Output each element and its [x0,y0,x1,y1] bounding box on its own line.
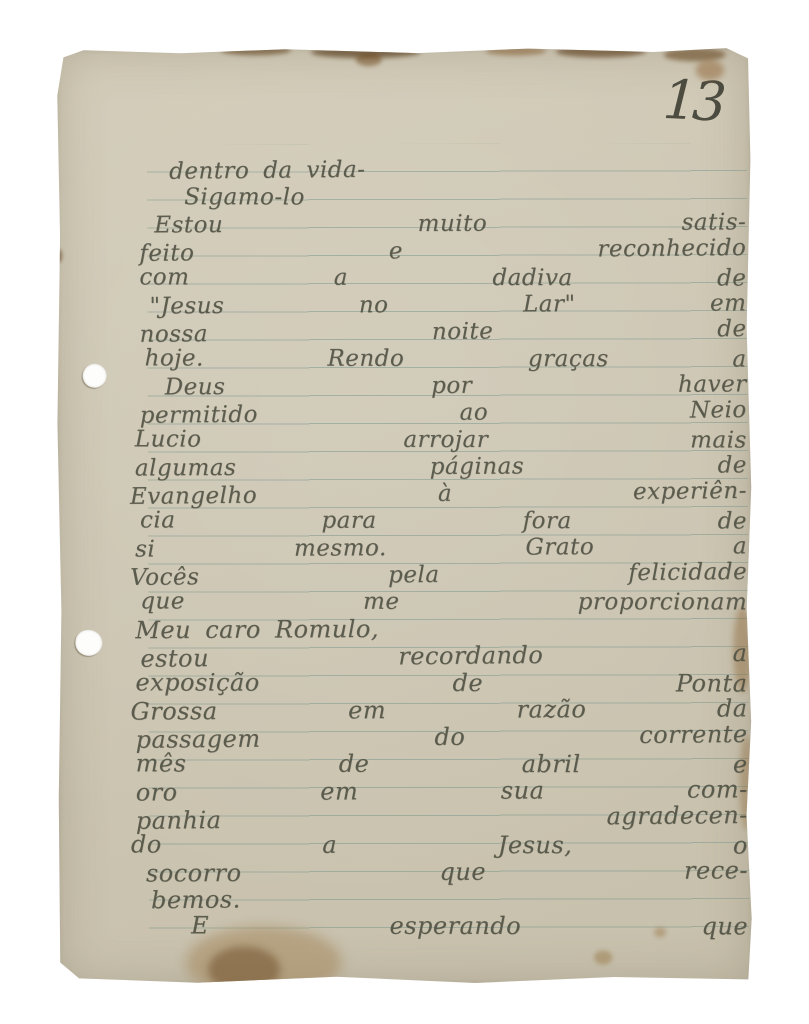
manuscript-line: socorro que rece- [146,856,748,887]
manuscript-line: bemos. [151,885,316,915]
manuscript-line: Sigamo-lo [184,183,369,211]
manuscript-line: hoje. Rendo graças a [145,344,747,373]
manuscript-line: exposição de Ponta [135,668,747,697]
manuscript-line: dentro da vida- [169,155,479,186]
manuscript-page: 13 dentro da vida-Sigamo-loEstou muito s… [56,47,753,986]
manuscript-line: com a dadiva de [139,263,746,292]
scanned-document: 13 dentro da vida-Sigamo-loEstou muito s… [0,0,809,1024]
manuscript-line: Lucio arrojar mais [135,425,747,454]
manuscript-line: cia para fora de [140,506,747,535]
manuscript-line: que me proporcionam [140,587,747,616]
manuscript-line: mês de abril e [136,749,748,778]
stains-layer [56,47,751,49]
manuscript-line: do a Jesus, o [131,830,748,859]
manuscript-line: E esperando que [191,911,748,940]
handwritten-text: dentro da vida-Sigamo-loEstou muito sati… [56,47,753,986]
manuscript-line: Meu caro Romulo, [135,614,540,644]
